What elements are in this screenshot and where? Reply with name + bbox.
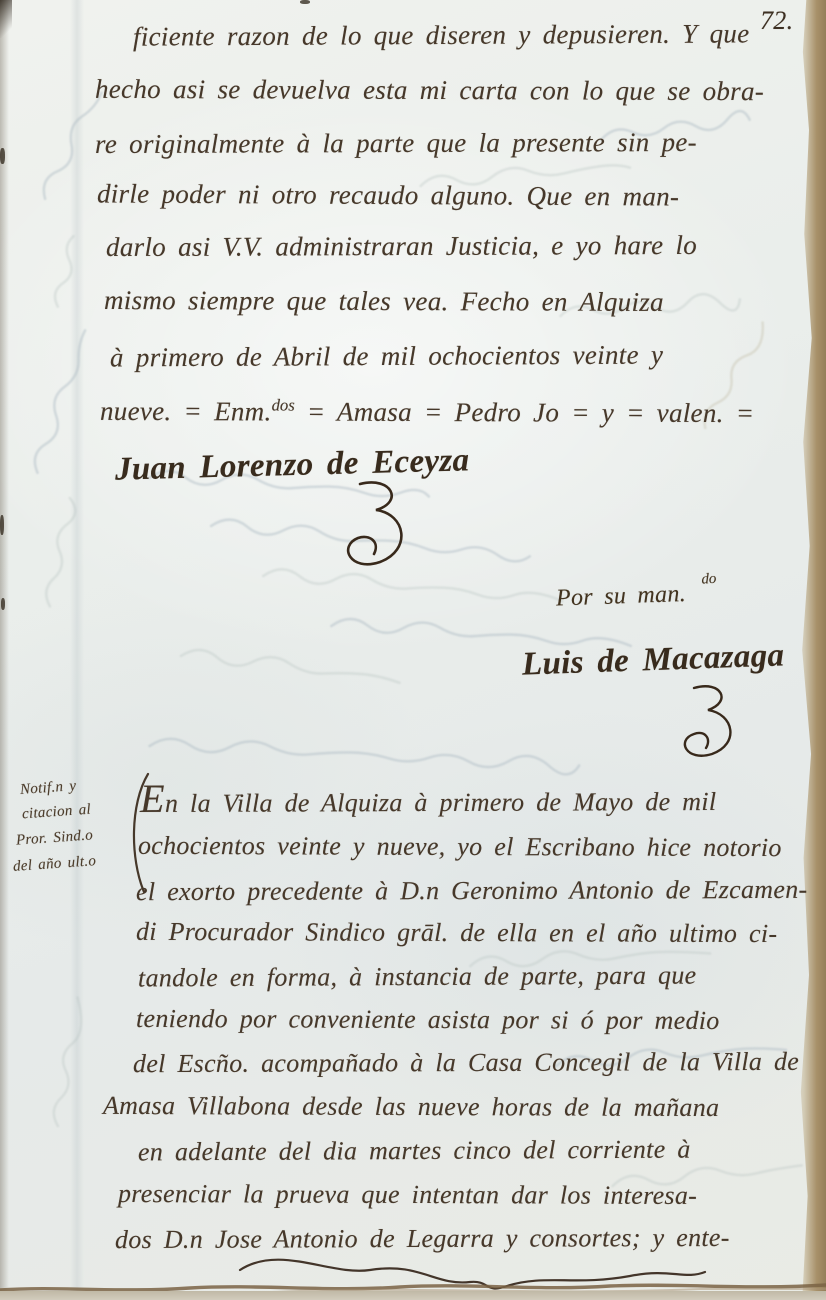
manuscript-line: ficiente razon de lo que diseren y depus… (133, 18, 750, 52)
superscript-abbreviation: do (701, 571, 716, 588)
page-edge-right (792, 0, 826, 1300)
manuscript-line: hecho asi se devuelva esta mi carta con … (95, 74, 764, 107)
margin-note-line: del año ult.o (13, 853, 97, 876)
ink-speck (300, 0, 310, 4)
signature-luis-de-macazaga: Luis de Macazaga (521, 637, 784, 683)
manuscript-line: presenciar la prueva que intentan dar lo… (118, 1179, 697, 1211)
manuscript-line-emendation: nueve. = Enm.dos = Amasa = Pedro Jo = y … (100, 395, 754, 429)
manuscript-line: Amasa Villabona desde las nueve horas de… (103, 1091, 719, 1123)
manuscript-line: del Escño. acompañado à la Casa Concegil… (133, 1047, 799, 1079)
binding-edge (0, 0, 9, 1300)
ink-speck (1, 598, 5, 610)
attestation-text: Por su man. (556, 581, 687, 612)
line-text: = Amasa = Pedro Jo = y = valen. = (295, 397, 755, 429)
superscript-abbreviation: dos (272, 395, 295, 414)
manuscript-line: teniendo por conveniente asista por si ó… (136, 1004, 720, 1036)
attestation-line: Por su man.do (556, 579, 702, 612)
rubric-flourish (668, 684, 748, 779)
signature-juan-lorenzo-de-eceyza: Juan Lorenzo de Eceyza (115, 442, 470, 488)
manuscript-line: tandole en forma, à instancia de parte, … (138, 961, 697, 994)
margin-note-line: Notif.n y (19, 778, 76, 799)
corner-shadow (0, 0, 12, 38)
manuscript-line: dos D.n Jose Antonio de Legarra y consor… (115, 1223, 730, 1255)
manuscript-line: re originalmente à la parte que la prese… (95, 127, 697, 160)
manuscript-line: à primero de Abril de mil ochocientos ve… (110, 340, 663, 374)
manuscript-line: darlo asi V.V. administraran Justicia, e… (106, 230, 697, 263)
page-edge-bottom (0, 1291, 826, 1300)
ink-speck (0, 515, 4, 535)
paper-crease (70, 0, 84, 1300)
ink-speck (0, 148, 5, 164)
folio-number: 72. (760, 6, 793, 36)
manuscript-line: ochocientos veinte y nueve, yo el Escrib… (138, 831, 782, 863)
line-text: nueve. = Enm. (100, 396, 272, 427)
manuscript-line: En la Villa de Alquiza à primero de Mayo… (140, 781, 717, 819)
manuscript-page: 72. ficiente razon de lo que diseren y d… (0, 0, 826, 1300)
rubric-flourish (330, 480, 420, 590)
manuscript-line: mismo siempre que tales vea. Fecho en Al… (104, 285, 664, 318)
manuscript-line: dirle poder ni otro recaudo alguno. Que … (97, 178, 679, 212)
manuscript-line: el exorto precedente à D.n Geronimo Anto… (136, 875, 808, 907)
manuscript-line: en adelante del dia martes cinco del cor… (138, 1135, 691, 1168)
manuscript-line: di Procurador Sindico grāl. de ella en e… (136, 917, 777, 949)
